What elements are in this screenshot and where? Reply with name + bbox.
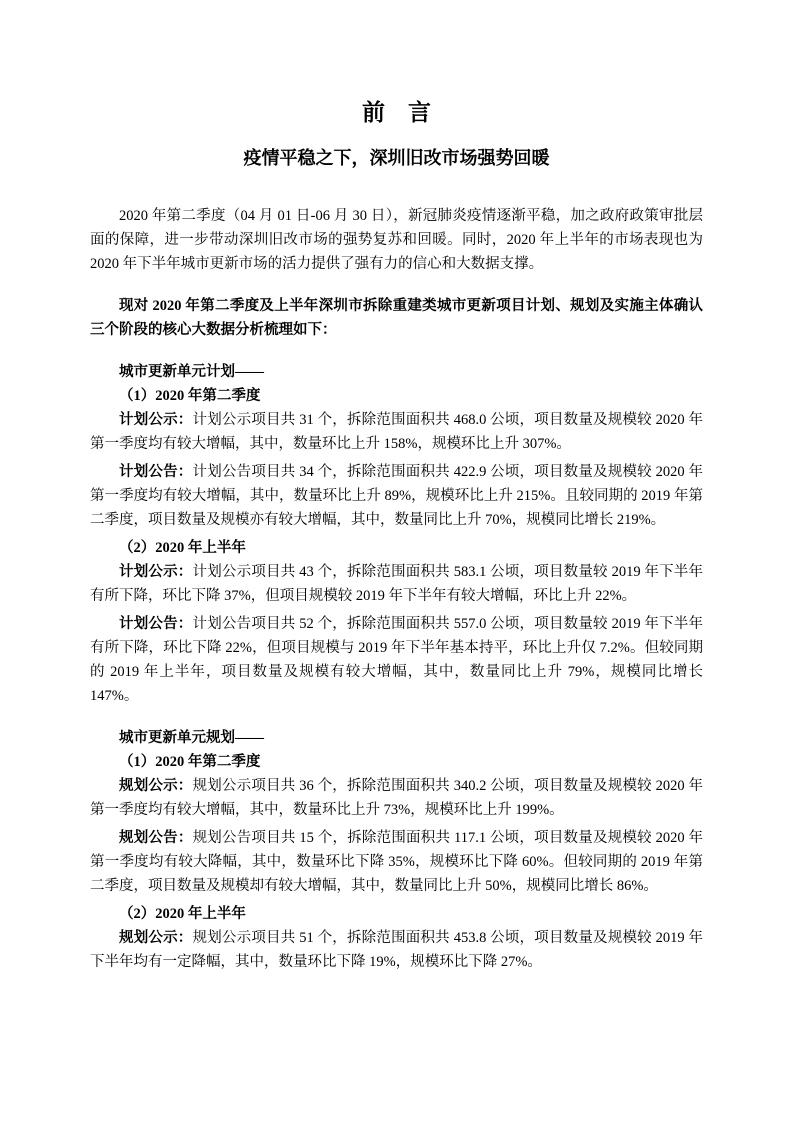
plan-h1-announcement-paragraph: 计划公告：计划公告项目共 52 个，拆除范围面积共 557.0 公顷，项目数量较… — [90, 612, 703, 708]
plan-q2-public-notice-paragraph: 计划公示：计划公示项目共 31 个，拆除范围面积共 468.0 公顷，项目数量及… — [90, 408, 703, 456]
intro-paragraph-2: 现对 2020 年第二季度及上半年深圳市拆除重建类城市更新项目计划、规划及实施主… — [90, 294, 703, 342]
paragraph-lead: 规划公示： — [119, 930, 193, 946]
paragraph-lead: 规划公示： — [119, 778, 193, 794]
paragraph-lead: 规划公告： — [119, 830, 193, 846]
section-plan: 城市更新单元计划—— （1）2020 年第二季度 计划公示：计划公示项目共 31… — [90, 360, 703, 708]
section-planning: 城市更新单元规划—— （1）2020 年第二季度 规划公示：规划公示项目共 36… — [90, 726, 703, 974]
page-subtitle: 疫情平稳之下，深圳旧改市场强势回暖 — [90, 146, 703, 170]
paragraph-lead: 计划公示： — [119, 412, 193, 428]
paragraph-lead: 计划公告： — [119, 616, 193, 632]
planning-q2-public-notice-paragraph: 规划公示：规划公示项目共 36 个，拆除范围面积共 340.2 公顷，项目数量及… — [90, 774, 703, 822]
section-plan-h1-heading: （2）2020 年上半年 — [90, 536, 703, 560]
section-plan-q2-heading: （1）2020 年第二季度 — [90, 384, 703, 408]
section-plan-heading: 城市更新单元计划—— — [90, 360, 703, 384]
planning-h1-public-notice-paragraph: 规划公示：规划公示项目共 51 个，拆除范围面积共 453.8 公顷，项目数量及… — [90, 926, 703, 974]
paragraph-lead: 计划公告： — [119, 464, 193, 480]
section-planning-h1-heading: （2）2020 年上半年 — [90, 902, 703, 926]
plan-h1-public-notice-paragraph: 计划公示：计划公示项目共 43 个，拆除范围面积共 583.1 公顷，项目数量较… — [90, 560, 703, 608]
intro-paragraph-1: 2020 年第二季度（04 月 01 日-06 月 30 日），新冠肺炎疫情逐渐… — [90, 204, 703, 276]
planning-q2-announcement-paragraph: 规划公告：规划公告项目共 15 个，拆除范围面积共 117.1 公顷，项目数量及… — [90, 826, 703, 898]
paragraph-lead: 计划公示： — [119, 564, 193, 580]
section-planning-q2-heading: （1）2020 年第二季度 — [90, 750, 703, 774]
section-planning-heading: 城市更新单元规划—— — [90, 726, 703, 750]
document-page: 前 言 疫情平稳之下，深圳旧改市场强势回暖 2020 年第二季度（04 月 01… — [0, 0, 793, 1122]
plan-q2-announcement-paragraph: 计划公告：计划公告项目共 34 个，拆除范围面积共 422.9 公顷，项目数量及… — [90, 460, 703, 532]
page-title: 前 言 — [90, 100, 703, 126]
